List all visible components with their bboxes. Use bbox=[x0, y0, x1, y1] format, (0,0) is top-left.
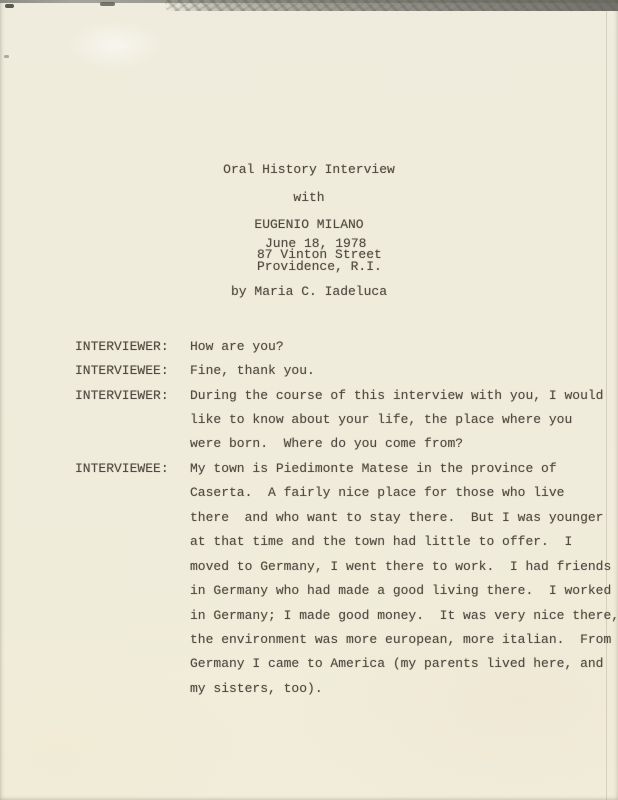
speaker-label: INTERVIEWER: bbox=[75, 389, 190, 402]
dialogue-text: my sisters, too). bbox=[190, 682, 610, 695]
dialogue-text: My town is Piedimonte Matese in the prov… bbox=[190, 462, 610, 475]
dialogue-text: Germany I came to America (my parents li… bbox=[190, 657, 610, 670]
transcript-row: there and who want to stay there. But I … bbox=[75, 505, 610, 529]
dialogue-text: were born. Where do you come from? bbox=[190, 437, 610, 450]
interviewer-byline: by Maria C. Iadeluca bbox=[0, 285, 618, 298]
dialogue-text: Caserta. A fairly nice place for those w… bbox=[190, 486, 610, 499]
transcript-row: in Germany who had made a good living th… bbox=[75, 578, 610, 602]
transcript-row: INTERVIEWEE: My town is Piedimonte Mates… bbox=[75, 456, 610, 480]
scanner-edge-band bbox=[165, 0, 618, 11]
dialogue-text: like to know about your life, the place … bbox=[190, 413, 610, 426]
transcript-row: the environment was more european, more … bbox=[75, 627, 610, 651]
transcript: INTERVIEWER: How are you? INTERVIEWEE: F… bbox=[75, 334, 610, 701]
transcript-row: my sisters, too). bbox=[75, 676, 610, 700]
dialogue-text: in Germany who had made a good living th… bbox=[190, 584, 611, 597]
scanned-document-page: Oral History Interview with EUGENIO MILA… bbox=[0, 0, 618, 800]
interviewee-name: EUGENIO MILANO bbox=[0, 218, 618, 231]
transcript-row: INTERVIEWER: During the course of this i… bbox=[75, 383, 610, 407]
dialogue-text: there and who want to stay there. But I … bbox=[190, 511, 610, 524]
transcript-row: at that time and the town had little to … bbox=[75, 530, 610, 554]
transcript-row: INTERVIEWER: How are you? bbox=[75, 334, 610, 358]
transcript-row: like to know about your life, the place … bbox=[75, 407, 610, 431]
scan-speck bbox=[5, 4, 14, 8]
scan-speck bbox=[100, 2, 115, 6]
dialogue-text: How are you? bbox=[190, 340, 610, 353]
transcript-row: Germany I came to America (my parents li… bbox=[75, 652, 610, 676]
transcript-row: were born. Where do you come from? bbox=[75, 432, 610, 456]
speaker-label: INTERVIEWER: bbox=[75, 340, 190, 353]
speaker-label: INTERVIEWEE: bbox=[75, 462, 190, 475]
transcript-row: in Germany; I made good money. It was ve… bbox=[75, 603, 610, 627]
speaker-label: INTERVIEWEE: bbox=[75, 364, 190, 377]
dialogue-text: Fine, thank you. bbox=[190, 364, 610, 377]
transcript-row: Caserta. A fairly nice place for those w… bbox=[75, 481, 610, 505]
document-title: Oral History Interview bbox=[0, 163, 618, 176]
dialogue-text: at that time and the town had little to … bbox=[190, 535, 610, 548]
dialogue-text: During the course of this interview with… bbox=[190, 389, 610, 402]
scan-speck bbox=[4, 55, 9, 58]
transcript-row: moved to Germany, I went there to work. … bbox=[75, 554, 610, 578]
transcript-row: INTERVIEWEE: Fine, thank you. bbox=[75, 358, 610, 382]
title-with-label: with bbox=[0, 191, 618, 204]
dialogue-text: moved to Germany, I went there to work. … bbox=[190, 560, 611, 573]
interview-address-block: June 18, 1978 87 Vinton Street Providenc… bbox=[257, 238, 382, 272]
dialogue-text: in Germany; I made good money. It was ve… bbox=[190, 609, 618, 622]
dialogue-text: the environment was more european, more … bbox=[190, 633, 611, 646]
address-city: Providence, R.I. bbox=[257, 261, 382, 272]
